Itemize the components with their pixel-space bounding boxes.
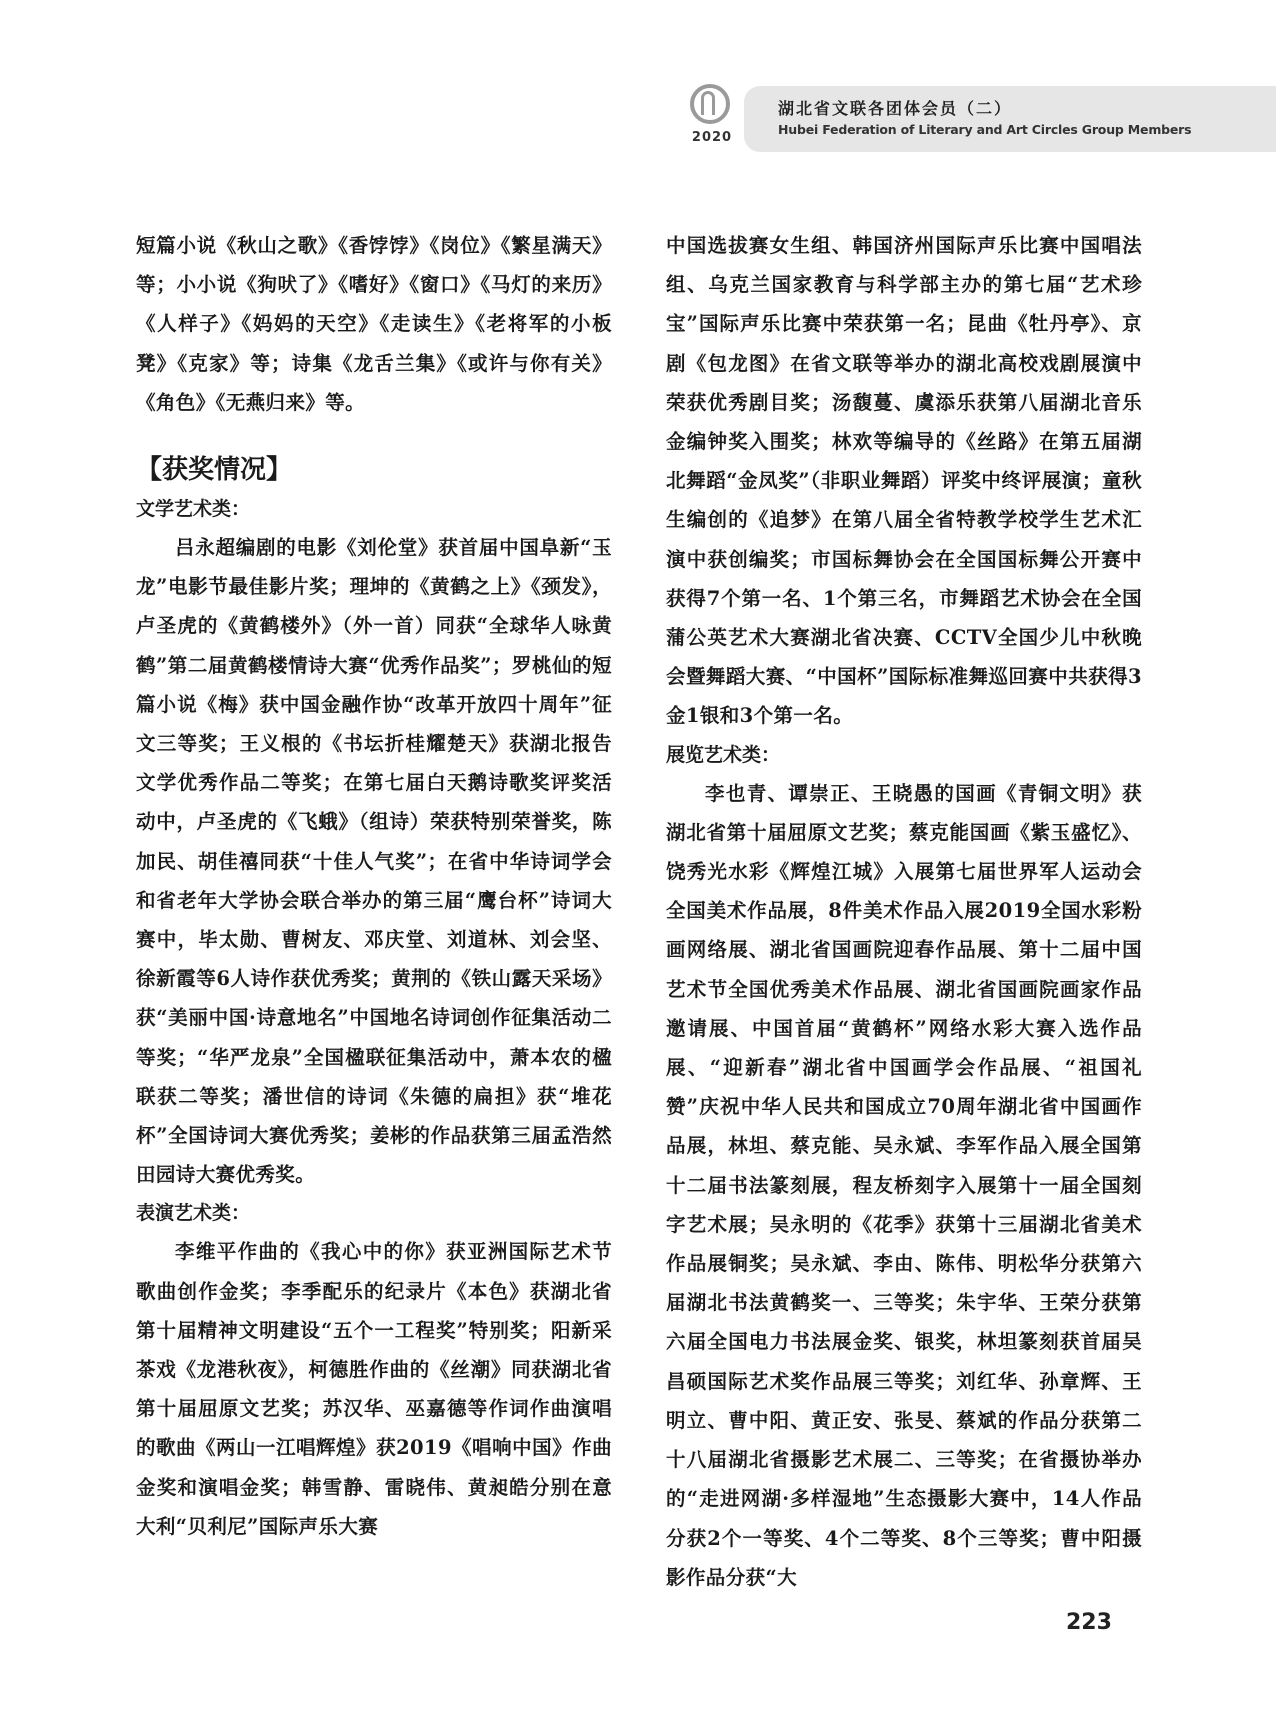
logo-year: 2020: [687, 130, 737, 145]
header-title-cn: 湖北省文联各团体会员（二）: [778, 96, 1012, 119]
logo-figure-icon: [701, 91, 715, 115]
left-column: 短篇小说《秋山之歌》《香饽饽》《岗位》《繁星满天》等；小小说《狗吠了》《嗜好》《…: [136, 226, 612, 1546]
page-number: 223: [1066, 1610, 1112, 1635]
subheading-literature: 文学艺术类：: [136, 490, 612, 528]
subheading-exhibition: 展览艺术类：: [666, 736, 1142, 774]
literature-paragraph: 吕永超编剧的电影《刘伦堂》获首届中国阜新“玉龙”电影节最佳影片奖；理坤的《黄鹤之…: [136, 528, 612, 1194]
header-title-en: Hubei Federation of Literary and Art Cir…: [778, 122, 1191, 137]
federation-logo: 2020: [687, 84, 737, 150]
subheading-performance: 表演艺术类：: [136, 1194, 612, 1232]
section-title-awards: 【获奖情况】: [136, 450, 612, 490]
performance-paragraph-continued: 中国选拔赛女生组、韩国济州国际声乐比赛中国唱法组、乌克兰国家教育与科学部主办的第…: [666, 226, 1142, 736]
exhibition-paragraph: 李也青、谭崇正、王晓愚的国画《青铜文明》获湖北省第十届屈原文艺奖；蔡克能国画《紫…: [666, 774, 1142, 1597]
performance-paragraph: 李维平作曲的《我心中的你》获亚洲国际艺术节歌曲创作金奖；李季配乐的纪录片《本色》…: [136, 1232, 612, 1546]
right-column: 中国选拔赛女生组、韩国济州国际声乐比赛中国唱法组、乌克兰国家教育与科学部主办的第…: [666, 226, 1142, 1597]
intro-paragraph: 短篇小说《秋山之歌》《香饽饽》《岗位》《繁星满天》等；小小说《狗吠了》《嗜好》《…: [136, 226, 612, 422]
